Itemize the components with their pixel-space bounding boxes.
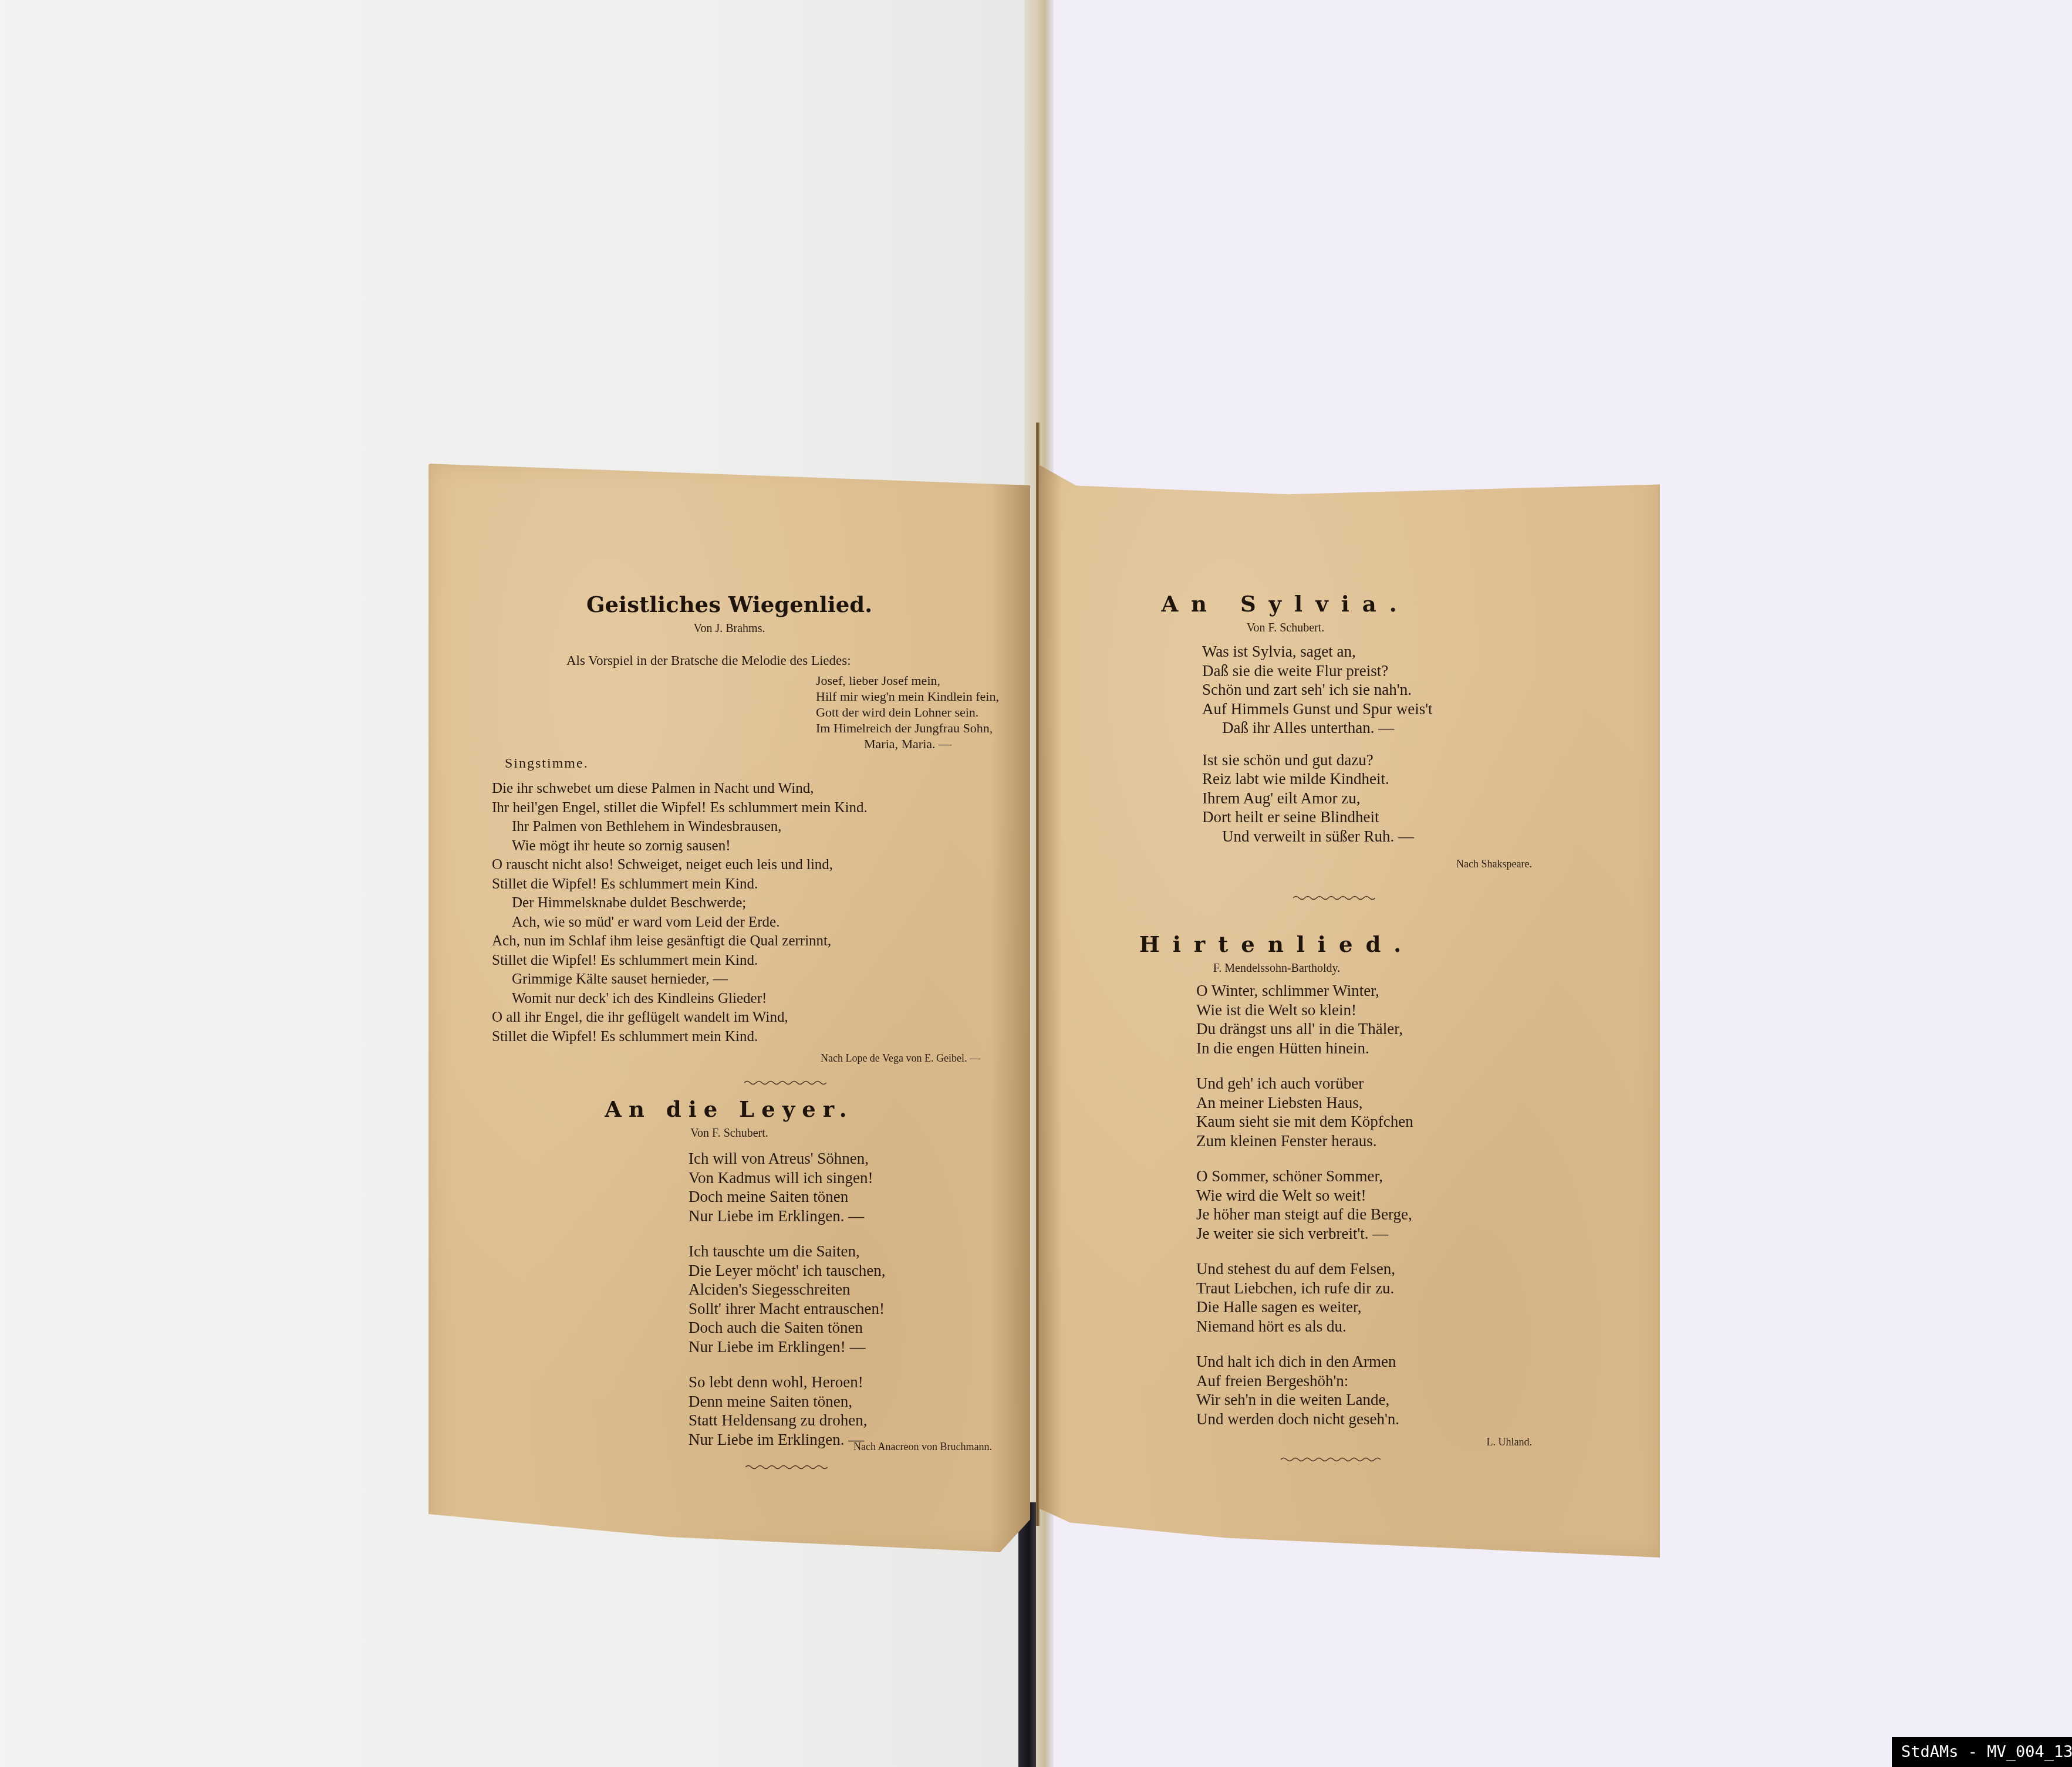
poem-line: Ist sie schön und gut dazu?: [1202, 751, 1433, 770]
poem-byline: Von F. Schubert.: [428, 1127, 1030, 1140]
poem-line: Kaum sieht sie mit dem Köpfchen: [1196, 1112, 1413, 1131]
poem-line: Denn meine Saiten tönen,: [689, 1392, 885, 1411]
poem-line: Daß sie die weite Flur preist?: [1202, 661, 1433, 681]
prelude-intro: Als Vorspiel in der Bratsche die Melodie…: [566, 651, 851, 671]
poem-line: Wie ist die Welt so klein!: [1196, 1001, 1413, 1020]
poem-title: An Sylvia.: [1039, 591, 1532, 617]
poem-line: Ach, wie so müd' er ward vom Leid der Er…: [492, 913, 1020, 933]
voice-label: Singstimme.: [505, 754, 589, 773]
poem-byline: Von F. Schubert.: [1039, 621, 1532, 635]
archive-id-label: StdAMs - MV_004_139: [1892, 1737, 2072, 1767]
poem-line: Ich tauschte um die Saiten,: [689, 1242, 885, 1261]
poem-line: Womit nur deck' ich des Kindleins Gliede…: [492, 989, 1020, 1009]
poem-body: Was ist Sylvia, saget an, Daß sie die we…: [1202, 642, 1433, 846]
poem-line: Stillet die Wipfel! Es schlummert mein K…: [492, 875, 1020, 894]
poem-title: An die Leyer.: [428, 1096, 1030, 1122]
poem-line: Zum kleinen Fenster heraus.: [1196, 1131, 1413, 1151]
poem-line: In die engen Hütten hinein.: [1196, 1039, 1413, 1058]
poem-title: Geistliches Wiegenlied.: [428, 592, 1030, 617]
poem-line: Ich will von Atreus' Söhnen,: [689, 1149, 885, 1168]
divider-ornament: [745, 1464, 828, 1470]
poem-line: Wie mögt ihr heute so zornig sausen!: [492, 837, 1020, 856]
attribution-text: Nach Lope de Vega von E. Geibel. —: [722, 1052, 980, 1065]
poem-line: Und halt ich dich in den Armen: [1196, 1352, 1413, 1371]
poem-line: O Winter, schlimmer Winter,: [1196, 981, 1413, 1001]
right-page: An Sylvia. Von F. Schubert. Was ist Sylv…: [1039, 465, 1660, 1557]
poem-line: Die ihr schwebet um diese Palmen in Nach…: [492, 779, 1020, 799]
poem-an-sylvia: An Sylvia. Von F. Schubert.: [1039, 591, 1532, 635]
poem-line: Grimmige Kälte sauset hernieder, —: [492, 970, 1020, 989]
poem-line: Wie wird die Welt so weit!: [1196, 1186, 1413, 1205]
left-page: Geistliches Wiegenlied. Von J. Brahms. A…: [428, 464, 1030, 1552]
poem-line: Je weiter sie sich verbreit't. —: [1196, 1224, 1413, 1244]
divider-ornament: [1293, 895, 1375, 901]
poem-line: Und geh' ich auch vorüber: [1196, 1074, 1413, 1093]
poem-title: Hirtenlied.: [1039, 931, 1514, 957]
poem-line: Alciden's Siegesschreiten: [689, 1280, 885, 1299]
poem-line: O rauscht nicht also! Schweiget, neiget …: [492, 856, 1020, 875]
poem-attribution: Nach Anacreon von Bruchmann.: [734, 1441, 992, 1453]
poem-line: Doch meine Saiten tönen: [689, 1187, 885, 1207]
prelude-intro-text: Als Vorspiel in der Bratsche die Melodie…: [566, 651, 851, 671]
poem-attribution: Nach Lope de Vega von E. Geibel. —: [722, 1052, 980, 1065]
poem-line: Ihr Palmen von Bethlehem in Windesbrause…: [492, 817, 1020, 837]
poem-line: Die Halle sagen es weiter,: [1196, 1298, 1413, 1317]
poem-line: Von Kadmus will ich singen!: [689, 1168, 885, 1188]
poem-line: Und verweilt in süßer Ruh. —: [1202, 827, 1433, 846]
poem-byline: F. Mendelssohn-Bartholdy.: [1039, 962, 1514, 975]
poem-line: Und stehest du auf dem Felsen,: [1196, 1259, 1413, 1279]
poem-line: Dort heilt er seine Blindheit: [1202, 808, 1433, 827]
poem-line: So lebt denn wohl, Heroen!: [689, 1373, 885, 1392]
divider-ornament: [744, 1080, 826, 1086]
poem-line: Niemand hört es als du.: [1196, 1317, 1413, 1336]
poem-body: O Winter, schlimmer Winter, Wie ist die …: [1196, 981, 1413, 1428]
poem-line: Nur Liebe im Erklingen! —: [689, 1337, 885, 1357]
poem-geistliches-wiegenlied: Geistliches Wiegenlied. Von J. Brahms.: [428, 592, 1030, 636]
prelude-lines: Josef, lieber Josef mein, Hilf mir wieg'…: [816, 673, 999, 752]
poem-line: Sollt' ihrer Macht entrauschen!: [689, 1299, 885, 1319]
poem-line: Und werden doch nicht geseh'n.: [1196, 1410, 1413, 1429]
poem-line: Daß ihr Alles unterthan. —: [1202, 718, 1433, 738]
poem-line: Du drängst uns all' in die Thäler,: [1196, 1019, 1413, 1039]
poem-attribution: L. Uhland.: [1274, 1436, 1532, 1448]
poem-line: Stillet die Wipfel! Es schlummert mein K…: [492, 1028, 1020, 1047]
poem-line: O all ihr Engel, die ihr geflügelt wande…: [492, 1008, 1020, 1028]
divider-ornament: [1281, 1457, 1381, 1462]
poem-line: Stillet die Wipfel! Es schlummert mein K…: [492, 951, 1020, 971]
poem-body: Ich will von Atreus' Söhnen, Von Kadmus …: [689, 1149, 885, 1449]
poem-line: Nur Liebe im Erklingen. —: [689, 1207, 885, 1226]
poem-line: Was ist Sylvia, saget an,: [1202, 642, 1433, 661]
poem-line: Schön und zart seh' ich sie nah'n.: [1202, 680, 1433, 700]
prelude-line: Maria, Maria. —: [816, 736, 999, 752]
poem-line: Statt Heldensang zu drohen,: [689, 1411, 885, 1430]
poem-line: An meiner Liebsten Haus,: [1196, 1093, 1413, 1113]
prelude-line: Gott der wird dein Lohner sein.: [816, 704, 999, 720]
poem-line: Je höher man steigt auf die Berge,: [1196, 1205, 1413, 1224]
poem-an-die-leyer: An die Leyer. Von F. Schubert.: [428, 1096, 1030, 1140]
attribution-text: Nach Anacreon von Bruchmann.: [734, 1441, 992, 1453]
poem-line: Der Himmelsknabe duldet Beschwerde;: [492, 894, 1020, 913]
poem-hirtenlied: Hirtenlied. F. Mendelssohn-Bartholdy.: [1039, 931, 1514, 975]
attribution-text: Nach Shakspeare.: [1274, 858, 1532, 870]
prelude-line: Hilf mir wieg'n mein Kindlein fein,: [816, 688, 999, 704]
poem-line: Ach, nun im Schlaf ihm leise gesänftigt …: [492, 932, 1020, 951]
attribution-text: L. Uhland.: [1274, 1436, 1532, 1448]
prelude-line: Im Himelreich der Jungfrau Sohn,: [816, 720, 999, 736]
poem-line: Ihr heil'gen Engel, stillet die Wipfel! …: [492, 799, 1020, 818]
poem-attribution: Nach Shakspeare.: [1274, 858, 1532, 870]
voice-label-text: Singstimme.: [505, 754, 589, 773]
poem-body: Die ihr schwebet um diese Palmen in Nach…: [492, 779, 1020, 1046]
poem-line: Reiz labt wie milde Kindheit.: [1202, 769, 1433, 789]
poem-line: O Sommer, schöner Sommer,: [1196, 1167, 1413, 1186]
poem-line: Auf Himmels Gunst und Spur weis't: [1202, 700, 1433, 719]
binding-dark-edge: [1018, 1502, 1036, 1767]
poem-line: Die Leyer möcht' ich tauschen,: [689, 1261, 885, 1281]
poem-line: Traut Liebchen, ich rufe dir zu.: [1196, 1279, 1413, 1298]
poem-line: Wir seh'n in die weiten Lande,: [1196, 1390, 1413, 1410]
poem-byline: Von J. Brahms.: [428, 622, 1030, 636]
prelude-line: Josef, lieber Josef mein,: [816, 673, 999, 688]
poem-line: Doch auch die Saiten tönen: [689, 1318, 885, 1337]
poem-line: Auf freien Bergeshöh'n:: [1196, 1371, 1413, 1391]
poem-line: Ihrem Aug' eilt Amor zu,: [1202, 789, 1433, 808]
